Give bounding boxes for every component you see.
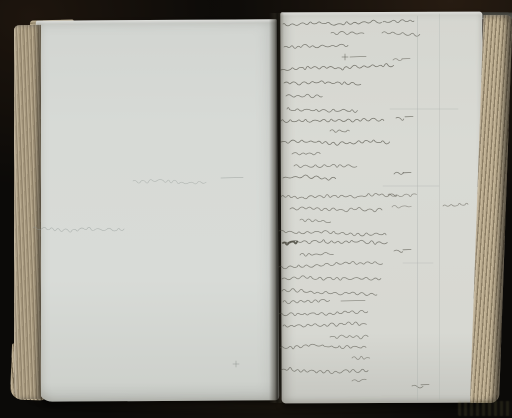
left-page-edge-stack (14, 25, 41, 399)
manuscript-photo (0, 0, 512, 418)
book-gutter (269, 13, 284, 403)
corner-watermark (458, 401, 512, 416)
right-page (280, 12, 483, 404)
left-page (36, 19, 279, 401)
